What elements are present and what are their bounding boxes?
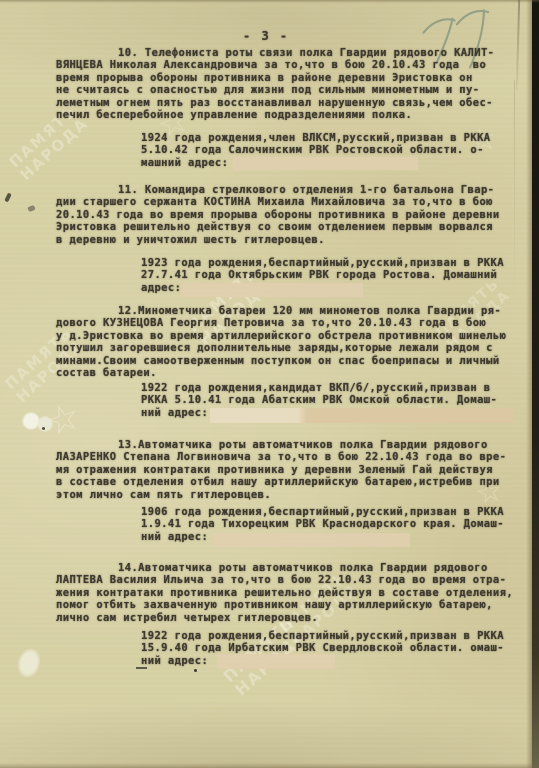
text-line: время прорыва обороны противника в район… — [56, 72, 526, 84]
redaction-box — [233, 157, 418, 170]
citation-entry-10: 10. Телефониста роты связи полка Гвардии… — [56, 47, 526, 122]
text-line: состав батареи. — [56, 367, 526, 379]
ink-speck — [27, 205, 35, 212]
text-line: 11. Командира стрелкового отделения 1-го… — [56, 184, 526, 196]
text-line: в составе отделения отбил нашу артиллери… — [56, 476, 526, 488]
citation-entry-12: 12.Минометчика батареи 120 мм минометов … — [56, 305, 526, 380]
text-line: Эристовка решительно действуя со своим о… — [56, 221, 526, 233]
soldier-info-10: 1924 года рождения,член ВЛКСМ,русский,пр… — [141, 132, 526, 169]
citation-entry-11: 11. Командира стрелкового отделения 1-го… — [56, 184, 526, 246]
soldier-info-13: 1906 года рождения,беспартийный,русский,… — [141, 506, 526, 543]
text-line: дового КУЗНЕЦОВА Георгия Петровича за то… — [56, 317, 526, 329]
text-line: 13.Автоматчика роты автоматчиков полка Г… — [56, 439, 526, 451]
text-line: 1922 года рождения,беспартийный,русский,… — [141, 630, 526, 642]
text-line: не считаясь с опасностью для жизни под с… — [56, 84, 526, 96]
scan-top-edge — [0, 0, 539, 3]
text-line: мя отражения контратаки противника у дер… — [56, 464, 526, 476]
text-line: 1906 года рождения,беспартийный,русский,… — [141, 506, 526, 518]
ink-speck — [4, 193, 11, 203]
text-line: 14.Автоматчика роты автоматчиков полка Г… — [56, 562, 526, 574]
soldier-info-12: 1922 года рождения,кандидат ВКП/б/,русск… — [141, 382, 526, 419]
text-line: у д.Эристовка во время артиллерийского о… — [56, 330, 526, 342]
document-body: 10. Телефониста роты связи полка Гвардии… — [56, 0, 526, 768]
text-line: ЛАПТЕВА Василия Ильича за то,что в бою 2… — [56, 574, 526, 586]
text-line: 12.Минометчика батареи 120 мм минометов … — [56, 305, 526, 317]
text-line: РККА 5.10.41 года Абатским РВК Омской об… — [141, 394, 526, 406]
paper-blemish — [14, 646, 43, 681]
text-line: 10. Телефониста роты связи полка Гвардии… — [56, 47, 526, 59]
text-line: потушил загоревшиеся дополнительные заря… — [56, 342, 526, 354]
scan-dark-edge — [532, 0, 539, 768]
redaction-box — [213, 533, 410, 547]
text-line: помог отбить захваченную противником наш… — [56, 599, 526, 611]
text-line: в деревню и уничтожил шесть гитлеровцев. — [56, 234, 526, 246]
text-line: печил бесперебойное управление подраздел… — [56, 109, 526, 121]
redaction-box — [182, 283, 363, 297]
paper-hole-spot — [37, 416, 53, 432]
text-line: ЛАЗАРЕНКО Степана Логвиновича за то,что … — [56, 451, 526, 463]
text-line: этом лично сам пять гитлеровцев. — [56, 489, 526, 501]
ink-speck — [42, 427, 45, 430]
citation-entry-14: 14.Автоматчика роты автоматчиков полка Г… — [56, 562, 526, 624]
text-line: лично сам истребил четырех гитлеровцев. — [56, 612, 526, 624]
paper-hole-spot — [22, 412, 40, 430]
text-line: 5.10.42 года Салочинским РВК Ростовской … — [141, 144, 526, 156]
text-line: 1.9.41 года Тихорецким РВК Краснодарског… — [141, 518, 526, 530]
text-line: 1923 года рождения,беспартийный,русский,… — [141, 257, 526, 269]
citation-entry-13: 13.Автоматчика роты автоматчиков полка Г… — [56, 439, 526, 501]
text-line: 27.7.41 года Октябрьским РВК города Рост… — [141, 269, 526, 281]
paper-crease — [514, 80, 515, 300]
text-line: 15.9.40 года Ирбатским РВК Свердловской … — [141, 642, 526, 654]
text-line: 1924 года рождения,член ВЛКСМ,русский,пр… — [141, 132, 526, 144]
text-line: леметным огнем пять раз восстанавливал н… — [56, 97, 526, 109]
text-line: ВЯНЦЕВА Николая Александровича за то,что… — [56, 59, 526, 71]
text-line: 1922 года рождения,кандидат ВКП/б/,русск… — [141, 382, 526, 394]
soldier-info-11: 1923 года рождения,беспартийный,русский,… — [141, 257, 526, 294]
text-line: 20.10.43 года во время прорыва обороны п… — [56, 209, 526, 221]
text-line: минами.Своим самоотверженным поступком о… — [56, 355, 526, 367]
soldier-info-14: 1922 года рождения,беспартийный,русский,… — [141, 630, 526, 667]
scan-bottom-edge — [0, 763, 539, 768]
redaction-box — [210, 408, 513, 423]
redaction-box — [217, 654, 335, 669]
text-line: жения контратаки противника решительно д… — [56, 587, 526, 599]
document-scan: ПАМЯТЬ НАРОДА ☆ ☆ ПАМЯТЬ НАРОДА ПАМЯТЬ Н… — [0, 0, 539, 768]
text-line: дии старшего сержанта КОСТИНА Михаила Ми… — [56, 196, 526, 208]
